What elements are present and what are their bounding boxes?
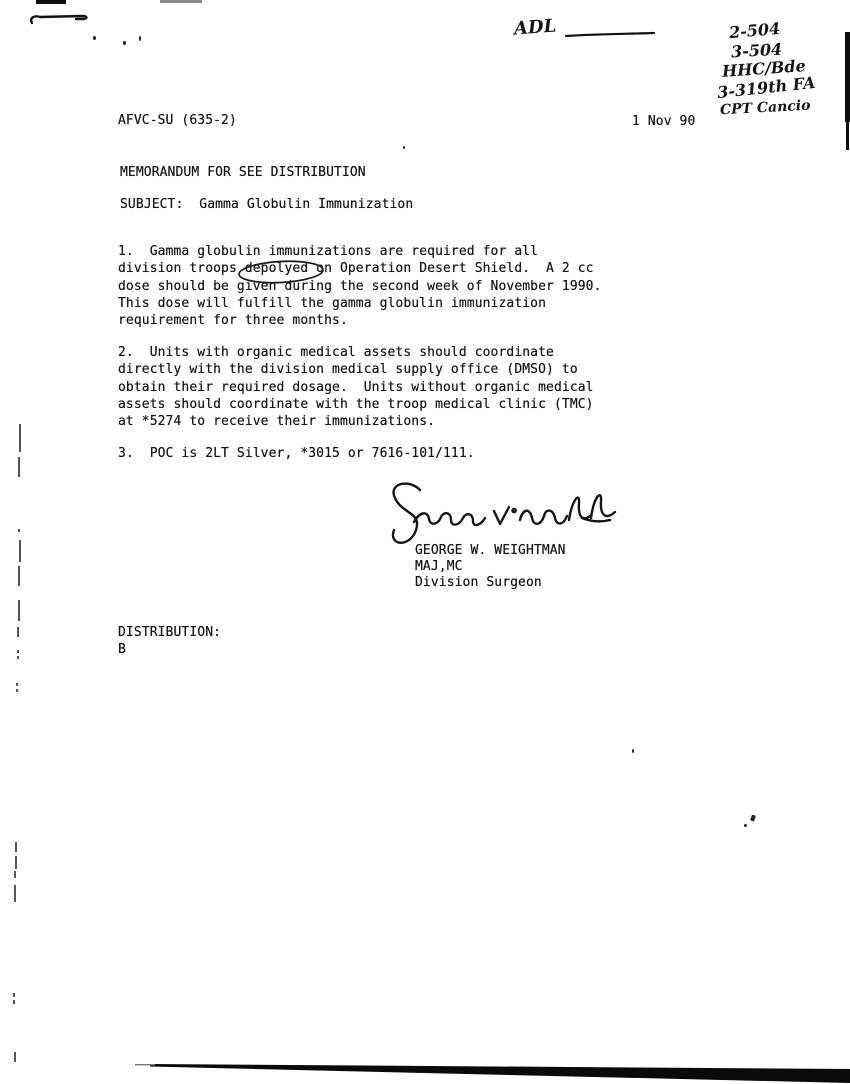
scan-artifact: [846, 122, 849, 150]
scan-artifact: [15, 856, 17, 869]
scan-artifact: [19, 424, 21, 452]
scan-artifact: [19, 540, 21, 562]
distribution-block: DISTRIBUTION: B: [118, 625, 221, 658]
scan-artifact: [18, 566, 20, 586]
scan-artifact: [845, 32, 850, 122]
scan-artifact: [160, 0, 202, 3]
scan-artifact: [16, 689, 18, 692]
signature-title: Division Surgeon: [415, 575, 542, 591]
ink-speck: [139, 36, 141, 41]
handwritten-top-note: ADL: [513, 16, 557, 40]
scan-artifact-bottom-bar: [0, 1056, 850, 1084]
signature-trailing-dash: [580, 512, 612, 526]
paragraph-3: 3. POC is 2LT Silver, *3015 or 7616-101/…: [118, 445, 475, 462]
scanned-memo-page: ADL 2-504 3-504 HHC/Bde 3-319th FA CPT C…: [0, 0, 850, 1084]
office-symbol: AFVC-SU (635-2): [118, 112, 237, 129]
ink-speck: [403, 146, 405, 149]
scan-artifact: [18, 600, 20, 621]
ink-speck: [750, 814, 756, 821]
ink-speck: [632, 749, 634, 753]
scan-artifact: [14, 871, 16, 878]
scan-artifact: [17, 656, 19, 659]
scan-artifact: [13, 1000, 15, 1004]
scan-artifact: [16, 683, 18, 686]
signature-name: GEORGE W. WEIGHTMAN: [415, 543, 566, 559]
ink-speck: [93, 36, 96, 40]
ink-speck: [123, 41, 126, 45]
ink-speck: [744, 824, 747, 827]
scan-artifact: [17, 627, 19, 637]
scan-artifact: [18, 457, 20, 477]
routing-unit-1: 2-504: [728, 19, 781, 42]
scan-artifact: [13, 993, 15, 997]
scan-artifact: [17, 650, 19, 653]
scan-artifact: [15, 842, 17, 852]
paragraph-2: 2. Units with organic medical assets sho…: [118, 344, 594, 430]
correction-circle: [234, 257, 330, 287]
scan-artifact: [18, 529, 20, 532]
routing-name: CPT Cancio: [720, 98, 811, 119]
date: 1 Nov 90: [632, 113, 695, 130]
paragraph-1: 1. Gamma globulin immunizations are requ…: [118, 243, 602, 329]
scan-artifact: [36, 0, 66, 4]
signature-rank: MAJ,MC: [415, 559, 463, 575]
handwritten-underline: [564, 30, 656, 40]
subject-line: SUBJECT: Gamma Globulin Immunization: [120, 196, 413, 213]
memo-for-line: MEMORANDUM FOR SEE DISTRIBUTION: [120, 164, 366, 181]
scan-artifact: [14, 885, 16, 902]
handwritten-stroke: [26, 10, 96, 28]
